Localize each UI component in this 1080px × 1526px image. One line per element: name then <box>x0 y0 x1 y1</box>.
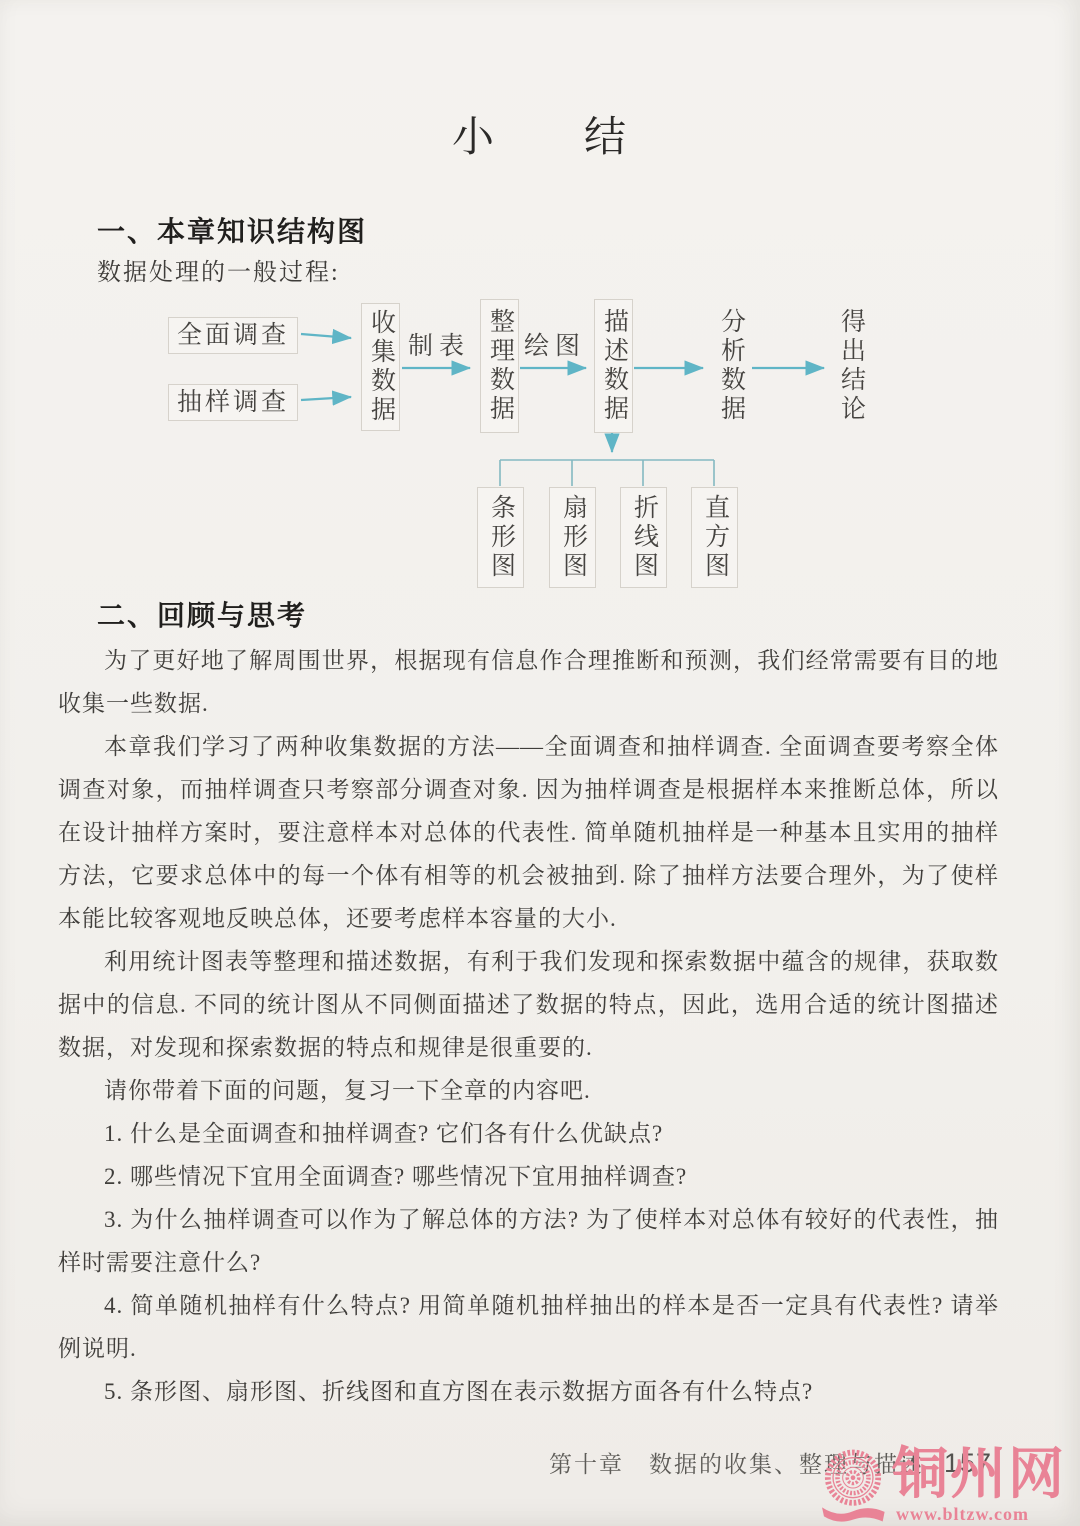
textbook-page: 小 结 一、本章知识结构图 数据处理的一般过程: <box>0 0 1080 1526</box>
paragraph-survey-methods: 本章我们学习了两种收集数据的方法——全面调查和抽样调查. 全面调查要考察全体调查… <box>58 725 999 940</box>
flowchart-node-pie-chart: 扇形图 <box>549 487 596 588</box>
question-item-3: 3. 为什么抽样调查可以作为了解总体的方法? 为了使样本对总体有较好的代表性，抽… <box>58 1198 999 1284</box>
paragraph-statistical-charts: 利用统计图表等整理和描述数据，有利于我们发现和探索数据中蕴含的规律，获取数据中的… <box>58 940 999 1069</box>
watermark-text-block: 铜州网 www.bltzw.com <box>892 1448 1066 1525</box>
flowchart-node-bar-chart: 条形图 <box>477 487 524 588</box>
watermark-site-name: 铜州网 <box>892 1448 1066 1502</box>
flowchart-node-describe-data: 描述数据 <box>594 299 633 433</box>
page-title: 小 结 <box>0 104 1080 164</box>
rosette-logo-icon <box>820 1448 886 1526</box>
watermark-site-url: www.bltzw.com <box>896 1504 1029 1525</box>
flowchart-node-analyze-data: 分析数据 <box>712 305 749 427</box>
flowchart-node-collect-data: 收集数据 <box>361 303 400 431</box>
ribbon-shape <box>822 1507 885 1521</box>
flowchart-intro: 数据处理的一般过程: <box>97 252 340 287</box>
question-item-5: 5. 条形图、扇形图、折线图和直方图在表示数据方面各有什么特点? <box>58 1370 999 1413</box>
flowchart-node-line-chart: 折线图 <box>620 487 667 588</box>
section2-heading: 二、回顾与思考 <box>97 594 307 634</box>
edge-label-draw: 绘图 <box>510 326 600 362</box>
question-item-1: 1. 什么是全面调查和抽样调查? 它们各有什么优缺点? <box>58 1112 999 1155</box>
arrow-census-to-collect <box>301 334 351 338</box>
site-watermark: 铜州网 www.bltzw.com <box>820 1448 1066 1526</box>
edge-label-tabulate: 制表 <box>394 326 484 362</box>
review-body-text: 为了更好地了解周围世界，根据现有信息作合理推断和预测，我们经常需要有目的地收集一… <box>58 639 999 1413</box>
flowchart-node-conclude: 得出结论 <box>832 305 869 427</box>
question-item-2: 2. 哪些情况下宜用全面调查? 哪些情况下宜用抽样调查? <box>58 1155 999 1198</box>
flowchart-node-histogram: 直方图 <box>691 487 738 588</box>
flowchart-node-organize-data: 整理数据 <box>480 299 519 433</box>
section1-heading: 一、本章知识结构图 <box>97 210 367 250</box>
flowchart-node-sampling: 抽样调查 <box>168 384 298 421</box>
knowledge-structure-flowchart: 全面调查 抽样调查 收集数据 制表 整理数据 绘图 描述数据 分析数据 得出结论… <box>0 296 1080 592</box>
paragraph-collect-data: 为了更好地了解周围世界，根据现有信息作合理推断和预测，我们经常需要有目的地收集一… <box>58 639 999 725</box>
question-item-4: 4. 简单随机抽样有什么特点? 用简单随机抽样抽出的样本是否一定具有代表性? 请… <box>58 1284 999 1370</box>
arrow-sampling-to-collect <box>301 397 351 400</box>
paragraph-review-prompt: 请你带着下面的问题，复习一下全章的内容吧. <box>58 1069 999 1112</box>
flowchart-node-census: 全面调查 <box>168 317 298 354</box>
